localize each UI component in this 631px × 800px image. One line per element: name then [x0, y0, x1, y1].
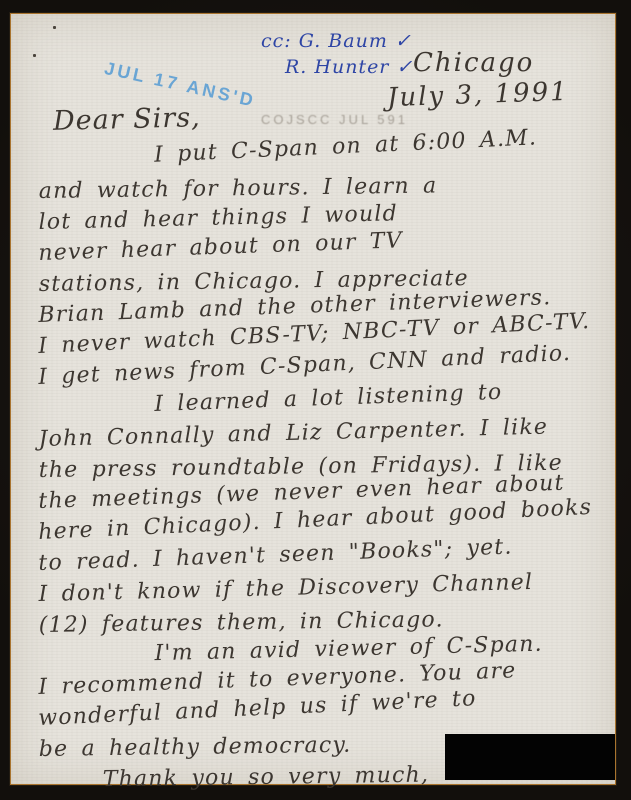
- letter-paper: JUL 17 ANS'D cc: G. Baum ✓ R. Hunter ✓ C…: [10, 13, 616, 785]
- cc-annotation: cc: G. Baum ✓ R. Hunter ✓: [261, 28, 413, 80]
- scanned-letter-photo: JUL 17 ANS'D cc: G. Baum ✓ R. Hunter ✓ C…: [0, 0, 631, 800]
- dust-speck: [33, 54, 36, 57]
- cc-line-baum: cc: G. Baum ✓: [261, 28, 413, 54]
- letter-date: July 3, 1991: [387, 77, 570, 113]
- dust-speck: [53, 26, 56, 29]
- salutation: Dear Sirs,: [53, 102, 201, 137]
- redaction-box: [445, 734, 615, 780]
- cc-line-hunter: R. Hunter ✓: [261, 54, 413, 80]
- letter-body: I put C-Span on at 6:00 A.M. and watch f…: [39, 145, 617, 796]
- letter-city: Chicago: [413, 48, 534, 78]
- received-date-stamp: COJSCC JUL 591: [261, 112, 408, 127]
